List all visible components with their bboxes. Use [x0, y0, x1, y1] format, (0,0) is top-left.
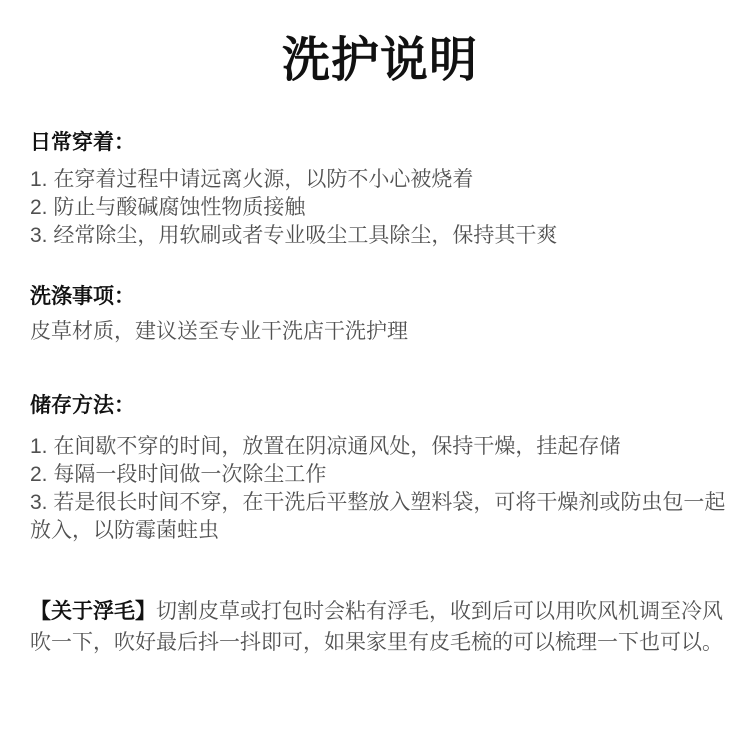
section-heading-washing: 洗涤事项： [30, 284, 730, 310]
list-item: 2. 每隔一段时间做一次除尘工作 [30, 461, 730, 489]
list-item: 1. 在间歇不穿的时间，放置在阴凉通风处，保持干燥，挂起存储 [30, 433, 730, 461]
page-title: 洗护说明 [30, 0, 730, 92]
note-lead: 【关于浮毛】 [30, 600, 156, 623]
section-washing: 洗涤事项： 皮草材质，建议送至专业干洗店干洗护理 [30, 284, 730, 346]
section-storage: 储存方法： 1. 在间歇不穿的时间，放置在阴凉通风处，保持干燥，挂起存储 2. … [30, 393, 730, 545]
list-item: 3. 若是很长时间不穿，在干洗后平整放入塑料袋，可将干燥剂或防虫包一起放入，以防… [30, 489, 730, 545]
list-item: 1. 在穿着过程中请远离火源，以防不小心被烧着 [30, 166, 730, 194]
care-list-storage: 1. 在间歇不穿的时间，放置在阴凉通风处，保持干燥，挂起存储 2. 每隔一段时间… [30, 433, 730, 545]
note-paragraph: 【关于浮毛】切割皮草或打包时会粘有浮毛，收到后可以用吹风机调至冷风吹一下，吹好最… [30, 596, 730, 658]
list-item: 2. 防止与酸碱腐蚀性物质接触 [30, 194, 730, 222]
section-daily-wear: 日常穿着： 1. 在穿着过程中请远离火源，以防不小心被烧着 2. 防止与酸碱腐蚀… [30, 130, 730, 250]
care-list-daily-wear: 1. 在穿着过程中请远离火源，以防不小心被烧着 2. 防止与酸碱腐蚀性物质接触 … [30, 166, 730, 250]
section-text-washing: 皮草材质，建议送至专业干洗店干洗护理 [30, 318, 730, 346]
section-heading-storage: 储存方法： [30, 393, 730, 419]
list-item: 3. 经常除尘，用软刷或者专业吸尘工具除尘，保持其干爽 [30, 222, 730, 250]
section-heading-daily-wear: 日常穿着： [30, 130, 730, 156]
care-instructions-page: 洗护说明 日常穿着： 1. 在穿着过程中请远离火源，以防不小心被烧着 2. 防止… [0, 0, 750, 658]
